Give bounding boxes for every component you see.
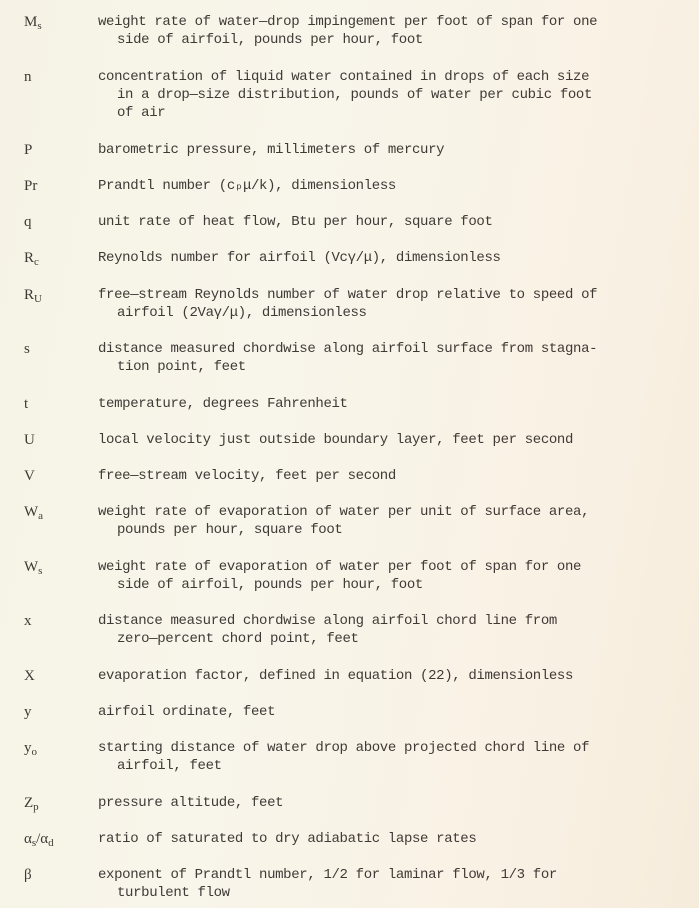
symbol-list-page: Msweight rate of water—drop impingement … bbox=[0, 0, 699, 908]
symbol-base: R bbox=[24, 250, 34, 266]
symbol: RU bbox=[24, 286, 42, 304]
symbol-base: s bbox=[24, 341, 30, 357]
symbol-base: /α bbox=[36, 831, 48, 847]
definition-line: turbulent flow bbox=[98, 884, 678, 902]
symbol: q bbox=[24, 213, 32, 231]
symbol-subscript: s bbox=[38, 565, 42, 577]
symbol-base: y bbox=[24, 740, 32, 756]
definition-line: unit rate of heat flow, Btu per hour, sq… bbox=[98, 213, 678, 231]
symbol: Ms bbox=[24, 13, 42, 31]
symbol: yo bbox=[24, 739, 37, 757]
symbol-definition: unit rate of heat flow, Btu per hour, sq… bbox=[98, 213, 678, 231]
symbol-definition: pressure altitude, feet bbox=[98, 794, 678, 812]
symbol: Ws bbox=[24, 558, 42, 576]
symbol-definition: weight rate of evaporation of water per … bbox=[98, 558, 678, 594]
definition-line: free—stream velocity, feet per second bbox=[98, 467, 678, 485]
symbol: αs/αd bbox=[24, 830, 54, 848]
symbol-definition: local velocity just outside boundary lay… bbox=[98, 431, 678, 449]
symbol-base: V bbox=[24, 468, 35, 484]
symbol-definition: weight rate of evaporation of water per … bbox=[98, 503, 678, 539]
symbol-subscript: a bbox=[38, 510, 43, 522]
definition-line: exponent of Prandtl number, 1/2 for lami… bbox=[98, 866, 678, 884]
definition-line: weight rate of water—drop impingement pe… bbox=[98, 13, 678, 31]
symbol: t bbox=[24, 395, 28, 413]
symbol-definition: temperature, degrees Fahrenheit bbox=[98, 395, 678, 413]
definition-line: side of airfoil, pounds per hour, foot bbox=[98, 31, 678, 49]
definition-line: pressure altitude, feet bbox=[98, 794, 678, 812]
symbol-base: P bbox=[24, 142, 32, 158]
symbol: Pr bbox=[24, 177, 37, 195]
symbol-base: β bbox=[24, 867, 32, 883]
symbol: y bbox=[24, 703, 32, 721]
symbol-base: X bbox=[24, 668, 35, 684]
symbol-definition: starting distance of water drop above pr… bbox=[98, 739, 678, 775]
definition-line: distance measured chordwise along airfoi… bbox=[98, 612, 678, 630]
definition-line: of air bbox=[98, 104, 678, 122]
definition-line: airfoil (2Vaγ/μ), dimensionless bbox=[98, 304, 678, 322]
symbol-subscript: p bbox=[33, 801, 39, 813]
symbol: Zp bbox=[24, 794, 39, 812]
definition-line: temperature, degrees Fahrenheit bbox=[98, 395, 678, 413]
definition-line: Prandtl number (cₚμ/k), dimensionless bbox=[98, 177, 678, 195]
symbol: β bbox=[24, 866, 32, 884]
symbol-base: U bbox=[24, 432, 35, 448]
symbol-definition: distance measured chordwise along airfoi… bbox=[98, 612, 678, 648]
symbol-subscript: c bbox=[34, 256, 39, 268]
symbol: Wa bbox=[24, 503, 43, 521]
symbol-definition: evaporation factor, defined in equation … bbox=[98, 667, 678, 685]
symbol-subscript: d bbox=[48, 837, 54, 849]
definition-line: in a drop—size distribution, pounds of w… bbox=[98, 86, 678, 104]
definition-line: evaporation factor, defined in equation … bbox=[98, 667, 678, 685]
symbol: Rc bbox=[24, 249, 39, 267]
definition-line: local velocity just outside boundary lay… bbox=[98, 431, 678, 449]
symbol-base: M bbox=[24, 14, 37, 30]
definition-line: pounds per hour, square foot bbox=[98, 521, 678, 539]
symbol-definition: Prandtl number (cₚμ/k), dimensionless bbox=[98, 177, 678, 195]
symbol: x bbox=[24, 612, 32, 630]
definition-line: distance measured chordwise along airfoi… bbox=[98, 340, 678, 358]
symbol-definition: Reynolds number for airfoil (Vcγ/μ), dim… bbox=[98, 249, 678, 267]
symbol-base: Z bbox=[24, 795, 33, 811]
symbol-definition: airfoil ordinate, feet bbox=[98, 703, 678, 721]
definition-line: airfoil, feet bbox=[98, 757, 678, 775]
definition-line: weight rate of evaporation of water per … bbox=[98, 503, 678, 521]
symbol-definition: weight rate of water—drop impingement pe… bbox=[98, 13, 678, 49]
symbol: s bbox=[24, 340, 30, 358]
definition-line: free—stream Reynolds number of water dro… bbox=[98, 286, 678, 304]
symbol-subscript: o bbox=[32, 746, 38, 758]
symbol-base: q bbox=[24, 214, 32, 230]
symbol-definition: ratio of saturated to dry adiabatic laps… bbox=[98, 830, 678, 848]
symbol-base: W bbox=[24, 504, 38, 520]
symbol: n bbox=[24, 68, 32, 86]
symbol-definition: exponent of Prandtl number, 1/2 for lami… bbox=[98, 866, 678, 902]
symbol-base: α bbox=[24, 831, 32, 847]
symbol-base: y bbox=[24, 704, 32, 720]
symbol-base: x bbox=[24, 613, 32, 629]
definition-line: side of airfoil, pounds per hour, foot bbox=[98, 576, 678, 594]
symbol-base: Pr bbox=[24, 178, 37, 194]
symbol: P bbox=[24, 141, 32, 159]
symbol-definition: barometric pressure, millimeters of merc… bbox=[98, 141, 678, 159]
definition-line: Reynolds number for airfoil (Vcγ/μ), dim… bbox=[98, 249, 678, 267]
symbol-subscript: U bbox=[34, 293, 42, 305]
symbol-base: t bbox=[24, 396, 28, 412]
symbol-definition: free—stream velocity, feet per second bbox=[98, 467, 678, 485]
symbol-subscript: s bbox=[37, 20, 41, 32]
symbol-base: W bbox=[24, 559, 38, 575]
symbol-definition: distance measured chordwise along airfoi… bbox=[98, 340, 678, 376]
symbol-definition: concentration of liquid water contained … bbox=[98, 68, 678, 122]
definition-line: barometric pressure, millimeters of merc… bbox=[98, 141, 678, 159]
definition-line: starting distance of water drop above pr… bbox=[98, 739, 678, 757]
symbol: U bbox=[24, 431, 35, 449]
symbol: X bbox=[24, 667, 35, 685]
symbol-base: R bbox=[24, 287, 34, 303]
definition-line: ratio of saturated to dry adiabatic laps… bbox=[98, 830, 678, 848]
symbol-base: n bbox=[24, 69, 32, 85]
definition-line: tion point, feet bbox=[98, 358, 678, 376]
symbol-definition: free—stream Reynolds number of water dro… bbox=[98, 286, 678, 322]
definition-line: concentration of liquid water contained … bbox=[98, 68, 678, 86]
definition-line: zero—percent chord point, feet bbox=[98, 630, 678, 648]
definition-line: weight rate of evaporation of water per … bbox=[98, 558, 678, 576]
definition-line: airfoil ordinate, feet bbox=[98, 703, 678, 721]
symbol: V bbox=[24, 467, 35, 485]
